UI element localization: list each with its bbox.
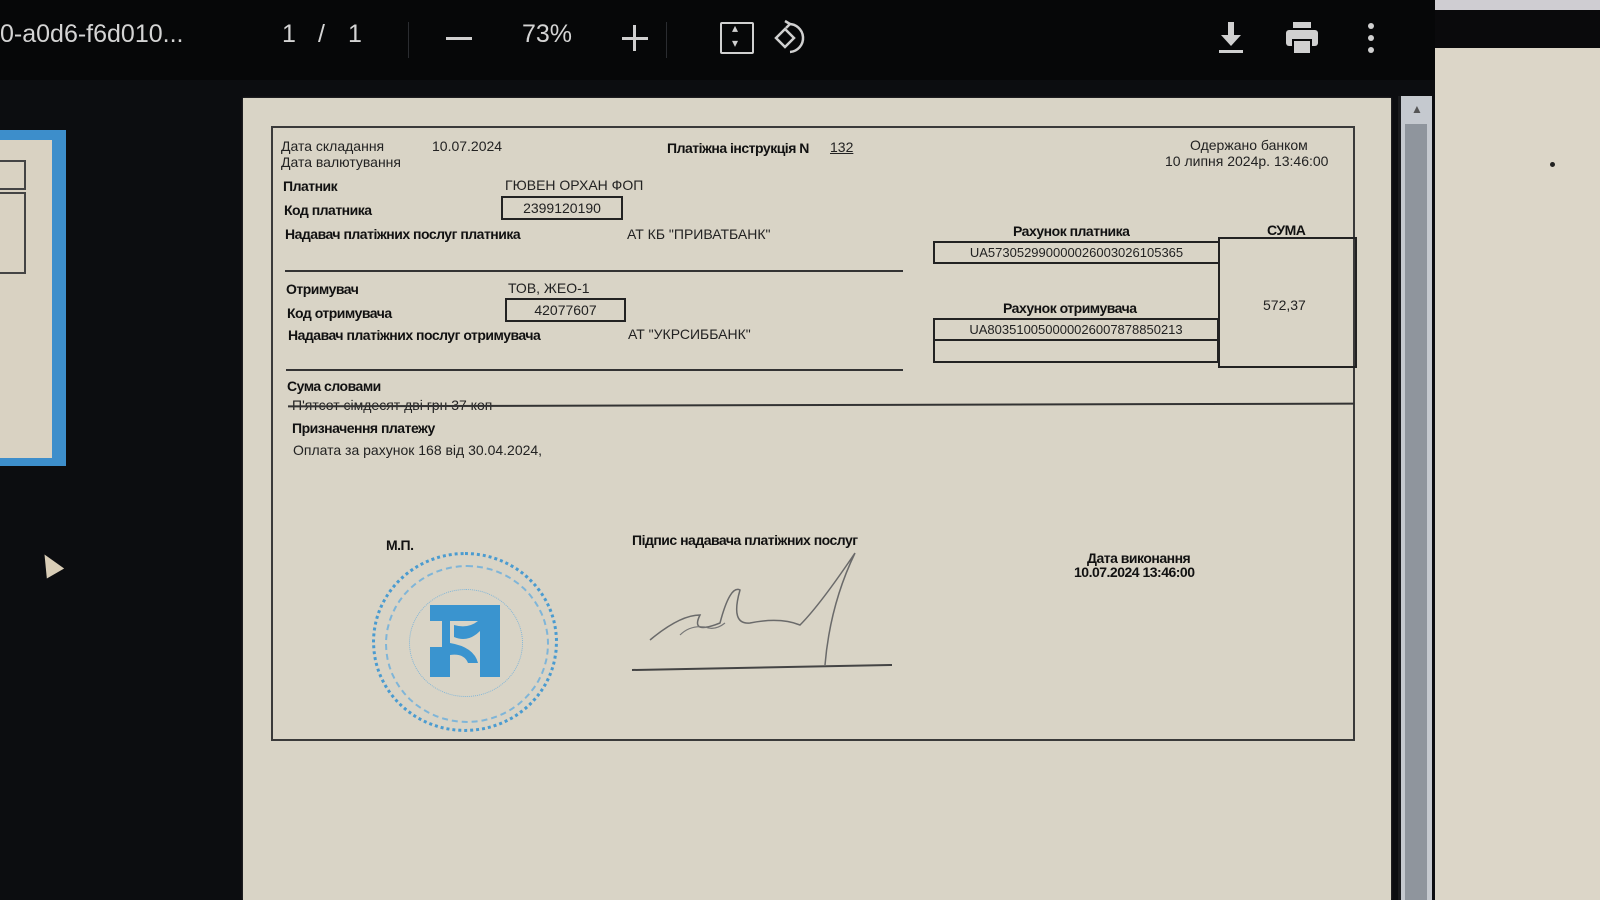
thumbnail-box [0, 192, 26, 274]
document-filename: 0-a0d6-f6d010... [0, 20, 183, 49]
page-thumbnail-selected[interactable] [0, 130, 66, 466]
amount-words-label: Сума словами [287, 378, 381, 394]
recipient-label: Отримувач [286, 281, 358, 297]
payer-bank: АТ КБ "ПРИВАТБАНК" [627, 226, 770, 242]
recipient-account-label: Рахунок отримувача [1003, 300, 1137, 316]
stamp-label: М.П. [386, 537, 414, 553]
payer-account-label: Рахунок платника [1013, 223, 1129, 239]
payer-name: ГЮВЕН ОРХАН ФОП [505, 177, 643, 193]
recipient-name: ТОВ, ЖЕО-1 [508, 280, 590, 296]
zoom-in-icon[interactable] [622, 24, 650, 52]
divider [286, 369, 903, 371]
scroll-up-arrow-icon[interactable]: ▲ [1411, 102, 1423, 116]
pdf-page [243, 98, 1391, 900]
background-window [1435, 0, 1600, 900]
scrollbar-thumb[interactable] [1405, 124, 1427, 900]
document-title: Платіжна інструкція N [667, 140, 809, 156]
recipient-code: 42077607 [505, 298, 626, 322]
background-window-bar [1435, 10, 1600, 48]
vertical-scrollbar[interactable]: ▲ [1398, 96, 1432, 900]
recipient-code-label: Код отримувача [287, 305, 392, 321]
amount-label: СУМА [1267, 222, 1305, 238]
payer-label: Платник [283, 178, 337, 194]
rotate-icon[interactable] [768, 18, 808, 58]
zoom-out-icon[interactable] [446, 24, 474, 52]
recipient-account-box: UA803510050000026007878850213 [933, 318, 1219, 363]
execution-datetime: 10.07.2024 13:46:00 [1074, 564, 1195, 580]
divider [285, 270, 903, 272]
toolbar-divider [666, 22, 667, 58]
download-icon[interactable] [1216, 20, 1246, 56]
background-window-titlebar [1435, 0, 1600, 10]
page-total: 1 [348, 20, 362, 49]
print-icon[interactable] [1284, 20, 1320, 56]
payer-bank-label: Надавач платіжних послуг платника [285, 226, 520, 242]
received-datetime: 10 липня 2024р. 13:46:00 [1165, 153, 1328, 169]
recipient-bank: АТ "УКРСИББАНК" [628, 326, 751, 342]
purpose: Оплата за рахунок 168 від 30.04.2024, [293, 442, 542, 458]
toolbar-divider [408, 22, 409, 58]
recipient-bank-label: Надавач платіжних послуг отримувача [288, 327, 540, 343]
zoom-level[interactable]: 73% [522, 20, 572, 49]
page-number-input[interactable]: 1 [282, 20, 296, 49]
date-created: 10.07.2024 [432, 138, 502, 154]
amount: 572,37 [1263, 297, 1306, 313]
payer-code: 2399120190 [501, 196, 623, 220]
mouse-cursor-icon [36, 549, 64, 578]
signature-scribble [630, 545, 900, 675]
recipient-account: UA803510050000026007878850213 [935, 320, 1217, 341]
payer-code-label: Код платника [284, 202, 372, 218]
background-window-dot [1550, 162, 1555, 167]
date-created-label: Дата складання [281, 138, 384, 154]
more-options-icon[interactable] [1366, 20, 1376, 56]
thumbnail-preview [0, 140, 52, 458]
privatbank-logo-icon [428, 603, 502, 679]
thumbnail-box [0, 160, 26, 190]
value-date-label: Дата валютування [281, 154, 401, 170]
fit-page-icon[interactable] [720, 22, 754, 54]
page-separator: / [318, 20, 325, 49]
document-number: 132 [830, 139, 853, 155]
payer-account: UA573052990000026003026105365 [933, 241, 1220, 264]
received-label: Одержано банком [1190, 137, 1308, 153]
pdf-toolbar: 0-a0d6-f6d010... 1 / 1 73% [0, 0, 1465, 80]
purpose-label: Призначення платежу [292, 420, 435, 436]
